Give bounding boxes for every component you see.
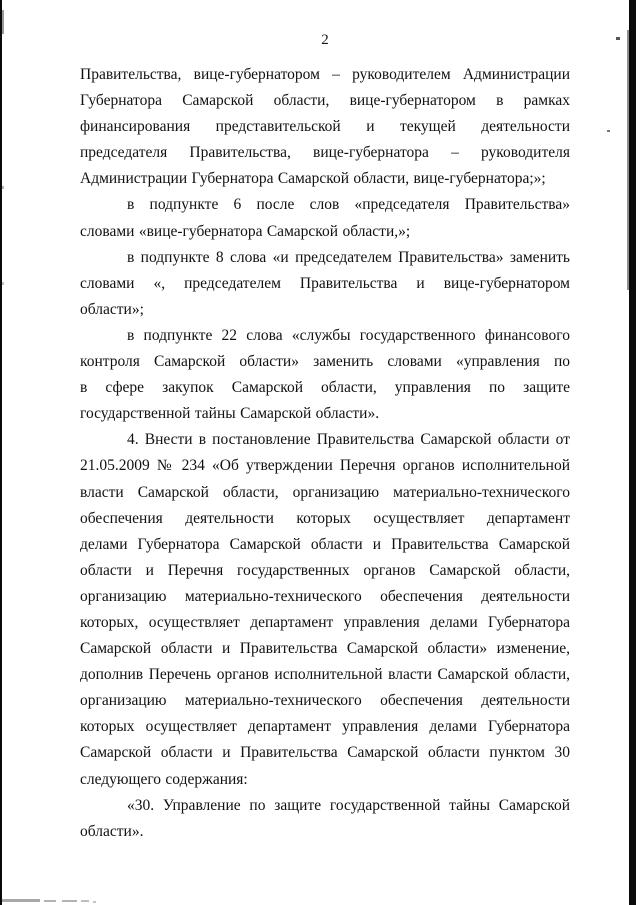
scan-left-edge-line: [0, 0, 2, 905]
text-line: Администрации Губернатора Самарской обла…: [80, 166, 570, 192]
text-line: организацию материально-технического обе…: [80, 688, 570, 714]
text-line: финансирования представительской и текущ…: [80, 114, 570, 140]
text-line: которых, осуществляет департамент управл…: [80, 610, 570, 636]
text-line: власти Самарской области, организацию ма…: [80, 480, 570, 506]
paragraph: Правительства, вице-губернатором – руков…: [80, 62, 570, 192]
text-line: в подпункте 8 слова «и председателем Пра…: [80, 245, 570, 271]
paragraph: 4. Внести в постановление Правительства …: [80, 427, 570, 792]
text-line: области и Перечня государственных органо…: [80, 558, 570, 584]
scan-left-speck-2: [2, 282, 4, 285]
text-line: следующего содержания:: [80, 767, 570, 793]
paragraph: в подпункте 8 слова «и председателем Пра…: [80, 245, 570, 323]
text-line: «30. Управление по защите государственно…: [80, 793, 570, 819]
text-line: в подпункте 6 после слов «председателя П…: [80, 192, 570, 218]
text-line: словами «, председателем Правительства и…: [80, 271, 570, 297]
scan-bottom-dash: [93, 901, 96, 903]
text-line: области».: [80, 819, 570, 845]
text-line: государственной тайны Самарской области»…: [80, 401, 570, 427]
scanned-document-page: 2 Правительства, вице-губернатором – рук…: [0, 0, 640, 905]
scan-right-gray-line: [627, 30, 629, 290]
text-line: председателя Правительства, вице-губерна…: [80, 140, 570, 166]
paragraph: «30. Управление по защите государственно…: [80, 793, 570, 845]
text-line: которых осуществляет департамент управле…: [80, 714, 570, 740]
scan-bottom-dash: [62, 900, 77, 902]
text-line: контроля Самарской области» заменить сло…: [80, 349, 570, 375]
text-line: обеспечения деятельности которых осущест…: [80, 506, 570, 532]
scan-left-smudge: [2, 10, 4, 34]
text-line: Самарской области и Правительства Самарс…: [80, 740, 570, 766]
scan-right-edge-bar: [629, 0, 636, 905]
scan-bottom-dash: [81, 900, 89, 902]
text-line: в сфере закупок Самарской области, управ…: [80, 375, 570, 401]
text-line: области»;: [80, 297, 570, 323]
text-line: Самарской области и Правительства Самарс…: [80, 636, 570, 662]
text-line: в подпункте 22 слова «службы государстве…: [80, 323, 570, 349]
text-line: Губернатора Самарской области, вице-губе…: [80, 88, 570, 114]
page-number: 2: [80, 32, 570, 49]
scan-speck-right: [607, 130, 610, 132]
text-line: словами «вице-губернатора Самарской обла…: [80, 219, 570, 245]
text-line: делами Губернатора Самарской области и П…: [80, 532, 570, 558]
text-line: организацию материально-технического обе…: [80, 584, 570, 610]
scan-bottom-line: [2, 899, 40, 902]
scan-left-speck: [2, 186, 4, 189]
paragraph: в подпункте 22 слова «службы государстве…: [80, 323, 570, 427]
text-line: дополнив Перечень органов исполнительной…: [80, 662, 570, 688]
paragraph: в подпункте 6 после слов «председателя П…: [80, 192, 570, 244]
document-body: Правительства, вице-губернатором – руков…: [80, 62, 570, 845]
scan-speck-top-right: [616, 37, 620, 40]
scan-bottom-dash: [44, 900, 56, 902]
text-line: Правительства, вице-губернатором – руков…: [80, 62, 570, 88]
text-line: 21.05.2009 № 234 «Об утверждении Перечня…: [80, 453, 570, 479]
text-line: 4. Внести в постановление Правительства …: [80, 427, 570, 453]
